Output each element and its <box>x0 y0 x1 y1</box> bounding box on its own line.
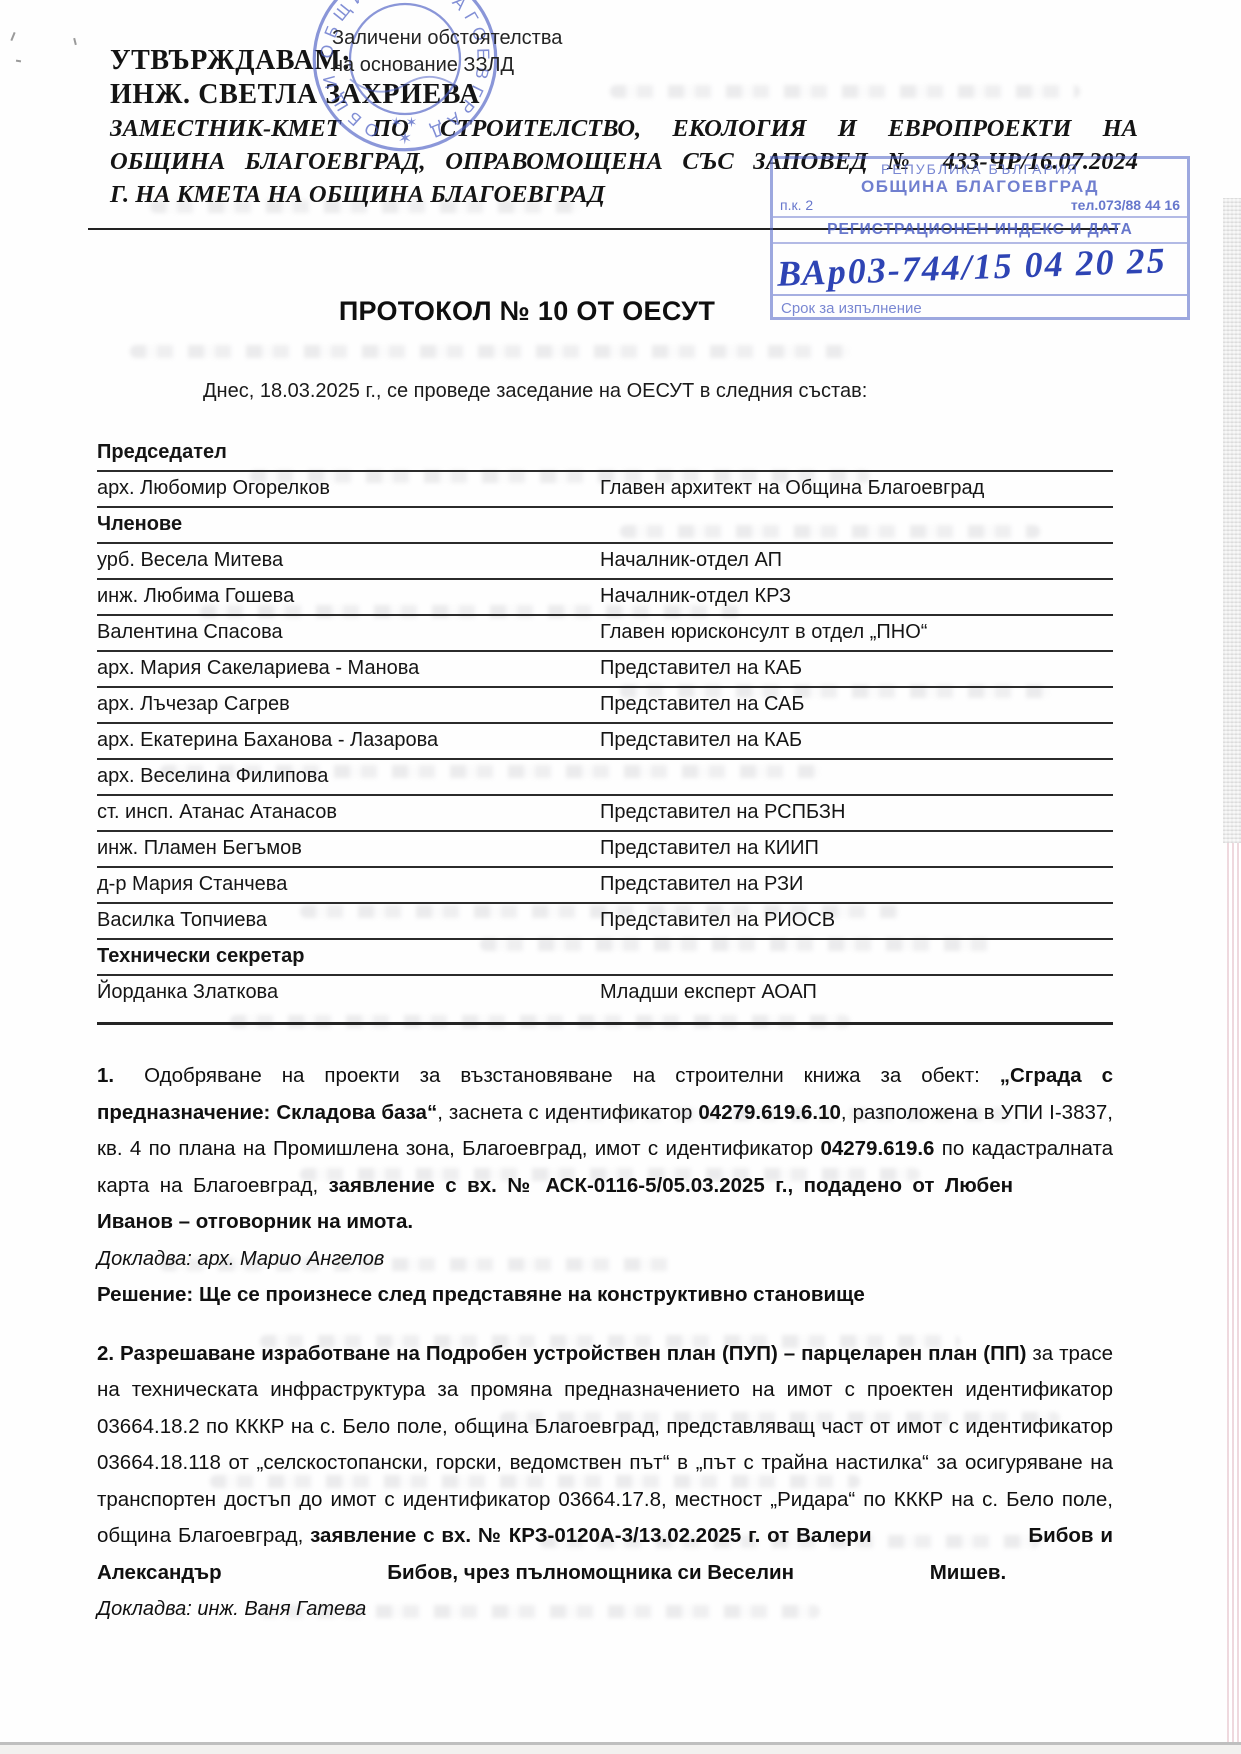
registry-stamp-phone: тел.073/88 44 16 <box>1071 197 1180 213</box>
redaction-gap <box>872 1540 1022 1542</box>
committee-row: арх. Екатерина Баханова - ЛазароваПредст… <box>97 724 1113 760</box>
scan-edge-stripes <box>1227 843 1241 1754</box>
member-name: Технически секретар <box>97 945 305 967</box>
member-role: Представител на РЗИ <box>600 873 803 896</box>
committee-row: д-р Мария СтанчеваПредставител на РЗИ <box>97 868 1113 904</box>
committee-row: арх. Любомир ОгорелковГлавен архитект на… <box>97 472 1113 508</box>
member-name: инж. Пламен Бегъмов <box>97 837 302 859</box>
registry-stamp-country: РЕПУБЛИКА БЪЛГАРИЯ <box>773 159 1187 177</box>
text-run: 1. <box>97 1064 114 1087</box>
item1-reporter: Докладва: арх. Марио Ангелов <box>97 1241 1113 1278</box>
registry-stamp-postal: п.к. 2 <box>780 197 813 213</box>
redaction-gap <box>1013 1190 1113 1192</box>
text-run: Бибов, чрез пълномощника си Веселин <box>382 1561 794 1584</box>
member-name: Председател <box>97 441 227 463</box>
member-name: арх. Лъчезар Сагрев <box>97 693 290 715</box>
text-run: Мишев. <box>924 1561 1006 1584</box>
member-role: Представител на РИОСВ <box>600 909 835 932</box>
member-name: арх. Екатерина Баханова - Лазарова <box>97 729 438 751</box>
pencil-mark <box>73 38 77 45</box>
pencil-mark <box>10 32 15 41</box>
text-run: за трасе на техническата инфраструктура … <box>97 1342 1113 1548</box>
text-run: Иванов – отговорник на имота. <box>97 1210 413 1233</box>
redaction-gap <box>794 1577 924 1579</box>
page-bottom-margin <box>0 1745 1241 1754</box>
member-role: Главен архитект на Община Благоевград <box>600 477 984 500</box>
member-name: инж. Любима Гошева <box>97 585 294 607</box>
member-role: Представител на КАБ <box>600 729 802 752</box>
member-role: Представител на КИИП <box>600 837 819 860</box>
redaction-note-line: Заличени обстоятелства <box>332 25 562 52</box>
member-name: арх. Мария Сакелариева - Манова <box>97 657 419 679</box>
approval-name: ИНЖ. СВЕТЛА ЗАХРИЕВА <box>110 78 1138 112</box>
committee-row: арх. Мария Сакелариева - МановаПредстави… <box>97 652 1113 688</box>
approval-title-line: ЗАМЕСТНИК-КМЕТ ПО СТРОИТЕЛСТВО, ЕКОЛОГИЯ… <box>110 112 1138 145</box>
committee-table: Председателарх. Любомир ОгорелковГлавен … <box>97 436 1113 1025</box>
text-run: 2. Разрешаване изработване на Подробен у… <box>97 1342 1026 1365</box>
committee-row: Валентина СпасоваГлавен юрисконсулт в от… <box>97 616 1113 652</box>
agenda-item-1: 1.Одобряване на проекти за възстановяван… <box>97 1058 1113 1241</box>
text-run: 04279.619.6.10 <box>698 1101 841 1124</box>
redaction-note: Заличени обстоятелства на основание ЗЗЛД <box>332 25 562 79</box>
item2-reporter: Докладва: инж. Ваня Гатева <box>97 1591 1113 1628</box>
member-name: Василка Топчиева <box>97 909 267 931</box>
pencil-mark <box>16 60 21 63</box>
member-role: Младши експерт АОАП <box>600 981 817 1004</box>
redaction-note-line: на основание ЗЗЛД <box>332 52 562 79</box>
intro-paragraph: Днес, 18.03.2025 г., се проведе заседани… <box>97 380 1113 403</box>
committee-row: инж. Пламен БегъмовПредставител на КИИП <box>97 832 1113 868</box>
committee-section-header: Председател <box>97 436 1113 472</box>
text-run: , заснета с идентификатор <box>437 1101 698 1124</box>
committee-row: Йорданка ЗлатковаМладши експерт АОАП <box>97 976 1113 1025</box>
member-name: Членове <box>97 513 182 535</box>
member-role: Главен юрисконсулт в отдел „ПНО“ <box>600 621 927 644</box>
registry-stamp-municipality: ОБЩИНА БЛАГОЕВГРАД <box>773 177 1187 197</box>
committee-section-header: Членове <box>97 508 1113 544</box>
committee-row: арх. Лъчезар СагревПредставител на САБ <box>97 688 1113 724</box>
member-name: арх. Веселина Филипова <box>97 765 328 787</box>
member-role: Представител на КАБ <box>600 657 802 680</box>
member-name: ст. инсп. Атанас Атанасов <box>97 801 337 823</box>
committee-row: ст. инсп. Атанас АтанасовПредставител на… <box>97 796 1113 832</box>
redaction-gap <box>222 1577 382 1579</box>
bleed-through <box>130 345 850 358</box>
member-role: Началник-отдел АП <box>600 549 782 572</box>
text-run: заявление с вх. № АСК-0116-5/05.03.2025 … <box>329 1174 1013 1197</box>
text-run: 04279.619.6 <box>820 1137 934 1160</box>
scan-edge-band <box>1223 198 1241 843</box>
redaction-gap <box>114 1080 144 1082</box>
approval-heading: УТВЪРЖДАВАМ: <box>110 44 1138 78</box>
member-role: Началник-отдел КРЗ <box>600 585 791 608</box>
committee-section-header: Технически секретар <box>97 940 1113 976</box>
text-run: заявление с вх. № КРЗ-0120А-3/13.02.2025… <box>310 1524 871 1547</box>
agenda-items: 1.Одобряване на проекти за възстановяван… <box>97 1058 1113 1628</box>
registry-stamp-contacts: п.к. 2 тел.073/88 44 16 <box>773 197 1187 218</box>
member-name: урб. Весела Митева <box>97 549 283 571</box>
agenda-item-2: 2. Разрешаване изработване на Подробен у… <box>97 1336 1113 1592</box>
member-name: Йорданка Златкова <box>97 981 278 1003</box>
item1-decision: Решение: Ще се произнесе след представян… <box>97 1277 1113 1314</box>
committee-row: Василка ТопчиеваПредставител на РИОСВ <box>97 904 1113 940</box>
committee-row: урб. Весела МитеваНачалник-отдел АП <box>97 544 1113 580</box>
committee-row: инж. Любима ГошеваНачалник-отдел КРЗ <box>97 580 1113 616</box>
member-role: Представител на РСПБЗН <box>600 801 845 824</box>
handwritten-registry-number: ВАр03-744/15 04 20 25 <box>776 239 1167 295</box>
member-name: арх. Любомир Огорелков <box>97 477 330 499</box>
member-name: д-р Мария Станчева <box>97 873 287 895</box>
member-name: Валентина Спасова <box>97 621 283 643</box>
registry-stamp-handwritten-row: ВАр03-744/15 04 20 25 <box>773 244 1187 296</box>
member-role: Представител на САБ <box>600 693 805 716</box>
text-run: Одобряване на проекти за възстановяване … <box>144 1064 1000 1087</box>
committee-row: арх. Веселина Филипова <box>97 760 1113 796</box>
protocol-title: ПРОТОКОЛ № 10 ОТ ОЕСУТ <box>97 296 957 327</box>
scanned-document-page: УТВЪРЖДАВАМ: ИНЖ. СВЕТЛА ЗАХРИЕВА ЗАМЕСТ… <box>0 0 1241 1754</box>
